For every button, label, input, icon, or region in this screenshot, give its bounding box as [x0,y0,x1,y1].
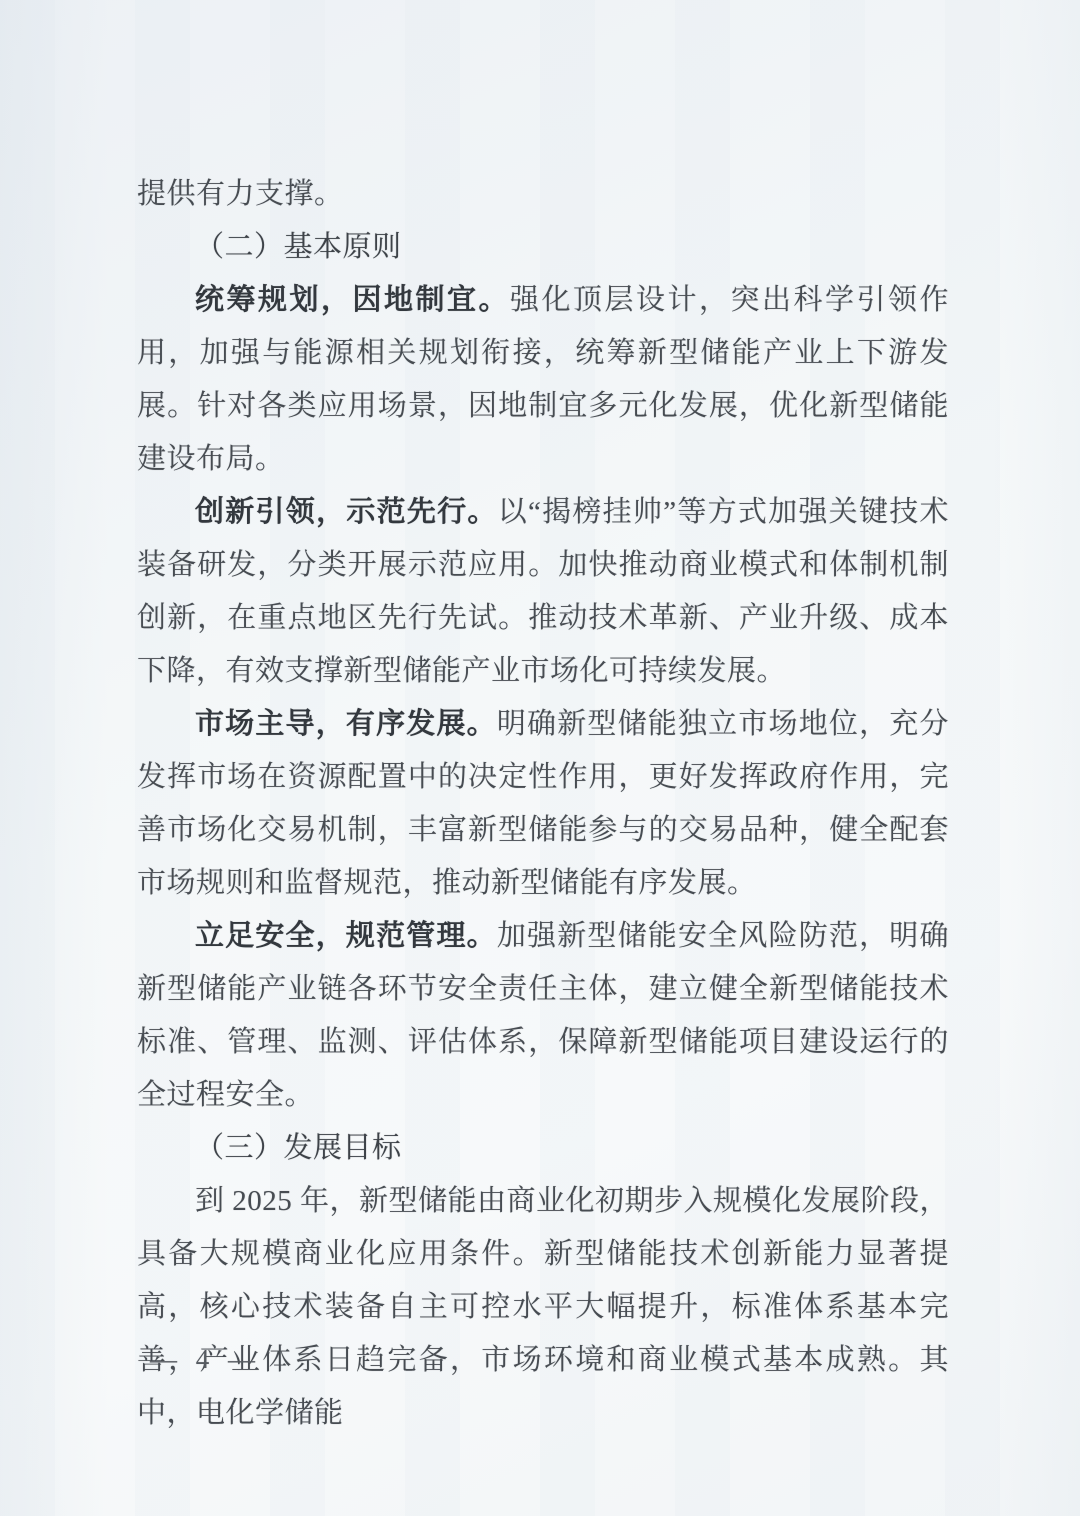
paragraph: 创新引领，示范先行。以“揭榜挂帅”等方式加强关键技术装备研发，分类开展示范应用。… [137,486,949,698]
paragraph: 立足安全，规范管理。加强新型储能安全风险防范，明确新型储能产业链各环节安全责任主… [137,910,949,1122]
paragraph-lead: 统筹规划，因地制宜。 [195,284,510,316]
document-body: 提供有力支撑。 （二）基本原则 统筹规划，因地制宜。强化顶层设计，突出科学引领作… [137,168,949,1440]
paragraph-lead: 市场主导，有序发展。 [195,708,497,740]
paragraph-text: 到 2025 年，新型储能由商业化初期步入规模化发展阶段，具备大规模商业化应用条… [137,1185,949,1429]
page-number: — 4 — [150,1339,261,1379]
section-heading: （二）基本原则 [137,221,949,274]
section-heading: （三）发展目标 [137,1122,949,1175]
scanned-document-page: 提供有力支撑。 （二）基本原则 统筹规划，因地制宜。强化顶层设计，突出科学引领作… [0,0,1080,1516]
paragraph-lead: 立足安全，规范管理。 [195,920,497,952]
section-heading-text: （二）基本原则 [195,231,402,263]
paragraph-lead: 创新引领，示范先行。 [195,496,498,528]
paragraph-text: 提供有力支撑。 [137,178,344,210]
section-heading-text: （三）发展目标 [195,1132,402,1164]
paragraph: 市场主导，有序发展。明确新型储能独立市场地位，充分发挥市场在资源配置中的决定性作… [137,698,949,910]
paragraph: 统筹规划，因地制宜。强化顶层设计，突出科学引领作用，加强与能源相关规划衔接，统筹… [137,274,949,486]
paragraph: 提供有力支撑。 [137,168,949,221]
paragraph: 到 2025 年，新型储能由商业化初期步入规模化发展阶段，具备大规模商业化应用条… [137,1175,949,1440]
